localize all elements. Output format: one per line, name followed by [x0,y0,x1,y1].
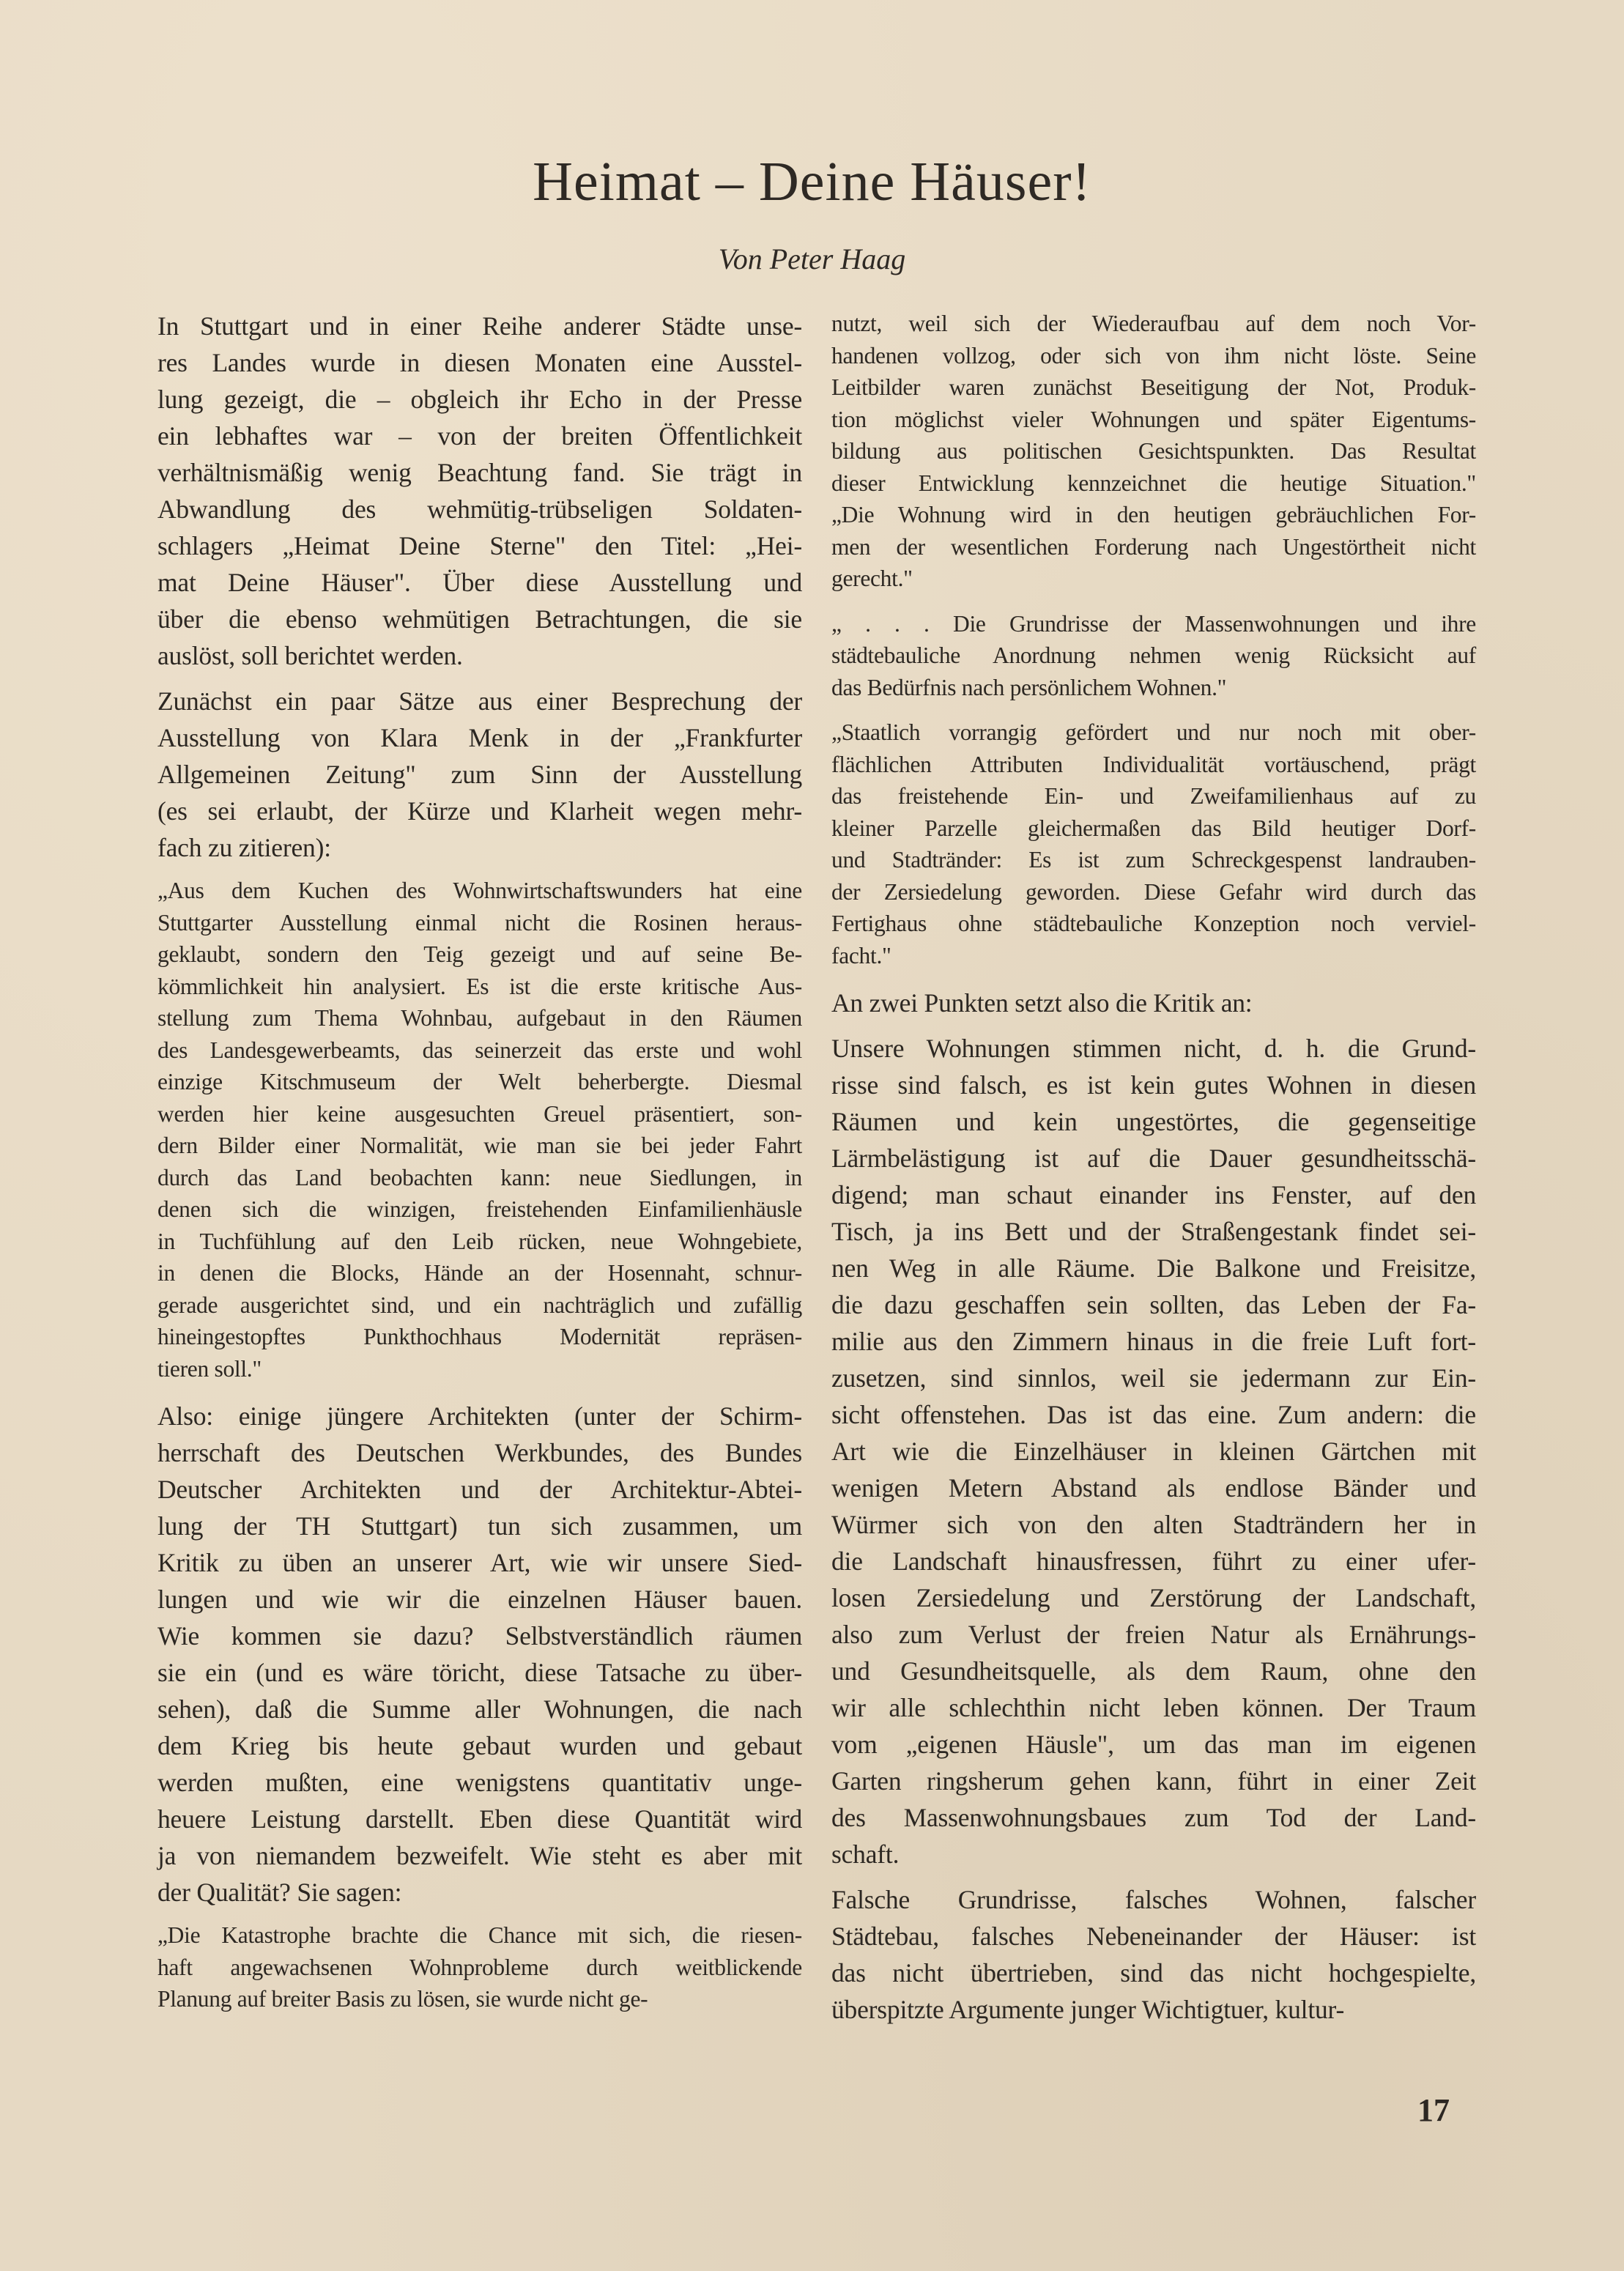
text-line: heuere Leistung darstellt. Eben diese Qu… [157,1801,802,1837]
body-paragraph: Falsche Grundrisse, falsches Wohnen, fal… [831,1881,1476,2028]
left-column: In Stuttgart und in einer Reihe anderer … [157,308,802,2029]
text-line: Lärmbelästigung ist auf die Dauer gesund… [831,1140,1476,1177]
quote-paragraph: „Die Katastrophe brachte die Chance mit … [157,1919,802,2015]
text-line: Unsere Wohnungen stimmen nicht, d. h. di… [831,1030,1476,1067]
magazine-page: Heimat – Deine Häuser! Von Peter Haag In… [0,0,1624,2271]
text-line: wir alle schlechthin nicht leben können.… [831,1689,1476,1726]
quote-paragraph: „Aus dem Kuchen des Wohnwirtschaftswunde… [157,875,802,1385]
text-line: Würmer sich von den alten Stadträndern h… [831,1506,1476,1543]
text-line: dieser Entwicklung kennzeichnet die heut… [831,467,1476,500]
quote-paragraph: „ . . . Die Grundrisse der Massenwohnung… [831,608,1476,704]
text-line: Städtebau, falsches Nebeneinander der Hä… [831,1918,1476,1955]
text-line: des Massenwohnungsbaues zum Tod der Land… [831,1799,1476,1836]
text-line: die dazu geschaffen sein sollten, das Le… [831,1286,1476,1323]
text-line: denen sich die winzigen, freistehenden E… [157,1193,802,1226]
text-line: Tisch, ja ins Bett und der Straßengestan… [831,1213,1476,1250]
text-line: Allgemeinen Zeitung" zum Sinn der Ausste… [157,756,802,793]
body-paragraph: An zwei Punkten setzt also die Kritik an… [831,985,1476,1021]
text-line: Zunächst ein paar Sätze aus einer Bespre… [157,683,802,719]
text-line: in denen die Blocks, Hände an der Hosenn… [157,1257,802,1289]
text-line: Art wie die Einzelhäuser in kleinen Gärt… [831,1433,1476,1470]
text-line: „Die Katastrophe brachte die Chance mit … [157,1919,802,1952]
text-line: „Die Wohnung wird in den heutigen gebräu… [831,499,1476,531]
text-line: stellung zum Thema Wohnbau, aufgebaut in… [157,1002,802,1034]
text-line: „Aus dem Kuchen des Wohnwirtschaftswunde… [157,875,802,907]
body-paragraph: Zunächst ein paar Sätze aus einer Bespre… [157,683,802,866]
text-line: lungen und wie wir die einzelnen Häuser … [157,1581,802,1618]
text-line: Falsche Grundrisse, falsches Wohnen, fal… [831,1881,1476,1918]
text-line: dern Bilder einer Normalität, wie man si… [157,1130,802,1162]
text-line: sicht offenstehen. Das ist das eine. Zum… [831,1396,1476,1433]
text-line: In Stuttgart und in einer Reihe anderer … [157,308,802,344]
text-line: haft angewachsenen Wohnprobleme durch we… [157,1952,802,1984]
text-line: über die ebenso wehmütigen Betrachtungen… [157,601,802,637]
text-line: Wie kommen sie dazu? Selbstverständlich … [157,1618,802,1654]
text-line: risse sind falsch, es ist kein gutes Woh… [831,1067,1476,1103]
text-line: Garten ringsherum gehen kann, führt in e… [831,1763,1476,1799]
text-line: werden mußten, eine wenigstens quantitat… [157,1764,802,1801]
text-line: also zum Verlust der freien Natur als Er… [831,1616,1476,1653]
text-line: „ . . . Die Grundrisse der Massenwohnung… [831,608,1476,640]
page-number: 17 [1417,2092,1450,2129]
text-line: des Landesgewerbeamts, das seinerzeit da… [157,1034,802,1067]
text-line: Fertighaus ohne städtebauliche Konzeptio… [831,908,1476,940]
text-line: facht." [831,940,1476,972]
text-line: schlagers „Heimat Deine Sterne" den Tite… [157,527,802,564]
text-line: Leitbilder waren zunächst Beseitigung de… [831,371,1476,404]
text-line: die Landschaft hinausfressen, führt zu e… [831,1543,1476,1579]
text-line: tieren soll." [157,1353,802,1385]
text-line: (es sei erlaubt, der Kürze und Klarheit … [157,793,802,829]
text-line: hineingestopftes Punkthochhaus Modernitä… [157,1321,802,1353]
article-title: Heimat – Deine Häuser! [0,150,1624,214]
text-line: fach zu zitieren): [157,829,802,866]
right-column: nutzt, weil sich der Wiederaufbau auf de… [831,308,1476,2037]
text-line: städtebauliche Anordnung nehmen wenig Rü… [831,640,1476,672]
text-line: gerecht." [831,563,1476,595]
text-line: der Qualität? Sie sagen: [157,1874,802,1911]
text-line: vom „eigenen Häusle", um das man im eige… [831,1726,1476,1763]
text-line: Ausstellung von Klara Menk in der „Frank… [157,719,802,756]
text-line: das Bedürfnis nach persönlichem Wohnen." [831,672,1476,704]
text-line: Räumen und kein ungestörtes, die gegense… [831,1103,1476,1140]
text-line: überspitzte Argumente junger Wichtigtuer… [831,1991,1476,2028]
text-line: Kritik zu üben an unserer Art, wie wir u… [157,1544,802,1581]
text-line: in Tuchfühlung auf den Leib rücken, neue… [157,1226,802,1258]
text-line: Deutscher Architekten und der Architektu… [157,1471,802,1508]
text-line: kömmlichkeit hin analysiert. Es ist die … [157,971,802,1003]
body-paragraph: Also: einige jüngere Architekten (unter … [157,1398,802,1911]
text-line: dem Krieg bis heute gebaut wurden und ge… [157,1727,802,1764]
text-line: nen Weg in alle Räume. Die Balkone und F… [831,1250,1476,1286]
text-line: das nicht übertrieben, sind das nicht ho… [831,1955,1476,1991]
text-line: sehen), daß die Summe aller Wohnungen, d… [157,1691,802,1727]
text-line: und Gesundheitsquelle, als dem Raum, ohn… [831,1653,1476,1689]
text-line: mat Deine Häuser". Über diese Ausstellun… [157,564,802,601]
text-line: lung gezeigt, die – obgleich ihr Echo in… [157,381,802,418]
text-line: auslöst, soll berichtet werden. [157,637,802,674]
text-line: tion möglichst vieler Wohnungen und spät… [831,404,1476,436]
text-line: losen Zersiedelung und Zerstörung der La… [831,1579,1476,1616]
text-line: „Staatlich vorrangig gefördert und nur n… [831,716,1476,749]
text-line: kleiner Parzelle gleichermaßen das Bild … [831,812,1476,845]
text-line: bildung aus politischen Gesichtspunkten.… [831,435,1476,467]
text-line: res Landes wurde in diesen Monaten eine … [157,344,802,381]
body-paragraph: In Stuttgart und in einer Reihe anderer … [157,308,802,674]
text-line: Also: einige jüngere Architekten (unter … [157,1398,802,1434]
text-line: Abwandlung des wehmütig-trübseligen Sold… [157,491,802,527]
text-line: handenen vollzog, oder sich von ihm nich… [831,340,1476,372]
text-line: schaft. [831,1836,1476,1872]
text-line: nutzt, weil sich der Wiederaufbau auf de… [831,308,1476,340]
text-line: zusetzen, sind sinnlos, weil sie jederma… [831,1360,1476,1396]
text-line: herrschaft des Deutschen Werkbundes, des… [157,1434,802,1471]
text-line: verhältnismäßig wenig Beachtung fand. Si… [157,454,802,491]
text-line: ja von niemandem bezweifelt. Wie steht e… [157,1837,802,1874]
text-line: wenigen Metern Abstand als endlose Bände… [831,1470,1476,1506]
text-line: durch das Land beobachten kann: neue Sie… [157,1162,802,1194]
text-line: milie aus den Zimmern hinaus in die frei… [831,1323,1476,1360]
text-line: und Stadtränder: Es ist zum Schreckgespe… [831,844,1476,876]
text-line: ein lebhaftes war – von der breiten Öffe… [157,418,802,454]
text-line: einzige Kitschmuseum der Welt beherbergt… [157,1066,802,1098]
text-line: Stuttgarter Ausstellung einmal nicht die… [157,907,802,939]
text-line: geklaubt, sondern den Teig gezeigt und a… [157,938,802,971]
article-byline: Von Peter Haag [0,242,1624,276]
text-line: der Zersiedelung geworden. Diese Gefahr … [831,876,1476,908]
quote-paragraph: nutzt, weil sich der Wiederaufbau auf de… [831,308,1476,595]
text-line: Planung auf breiter Basis zu lösen, sie … [157,1983,802,2015]
text-line: gerade ausgerichtet sind, und ein nachtr… [157,1289,802,1322]
text-line: werden hier keine ausgesuchten Greuel pr… [157,1098,802,1130]
body-paragraph: Unsere Wohnungen stimmen nicht, d. h. di… [831,1030,1476,1872]
text-line: digend; man schaut einander ins Fenster,… [831,1177,1476,1213]
text-line: das freistehende Ein- und Zweifamilienha… [831,780,1476,812]
text-line: flächlichen Attributen Individualität vo… [831,749,1476,781]
text-line: lung der TH Stuttgart) tun sich zusammen… [157,1508,802,1544]
quote-paragraph: „Staatlich vorrangig gefördert und nur n… [831,716,1476,971]
text-line: men der wesentlichen Forderung nach Unge… [831,531,1476,563]
text-line: sie ein (und es wäre töricht, diese Tats… [157,1654,802,1691]
text-line: An zwei Punkten setzt also die Kritik an… [831,985,1476,1021]
